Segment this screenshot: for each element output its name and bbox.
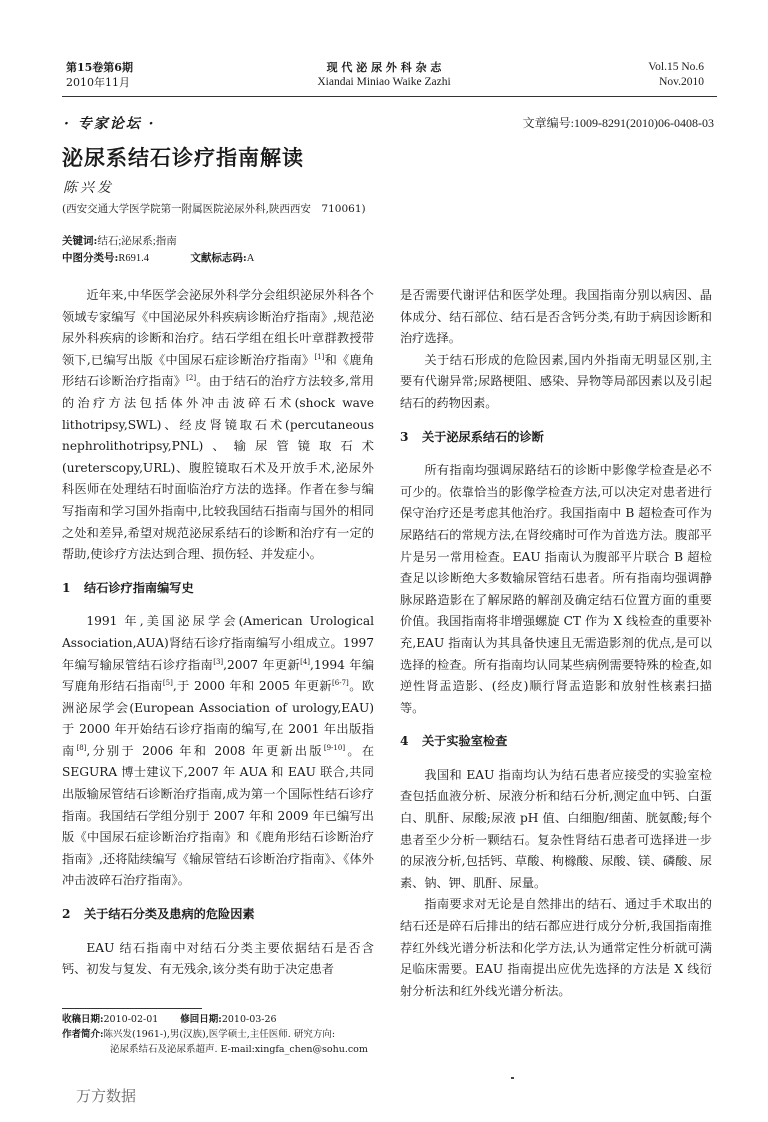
- keywords: 关键词:结石;泌尿系;指南: [62, 233, 177, 250]
- watermark: 万方数据: [76, 1085, 136, 1106]
- doc-code-value: A: [247, 253, 255, 264]
- section-3-paragraph: 所有指南均强调尿路结石的诊断中影像学检查是必不可少的。依靠恰当的影像学检查方法,…: [400, 460, 712, 719]
- section-2-paragraph-1: EAU 结石指南中对结石分类主要依据结石是否含钙、初发与复发、有无残余,该分类有…: [62, 938, 374, 981]
- header-rule: [62, 96, 717, 97]
- right-column: 是否需要代谢评估和医学处理。我国指南分别以病因、晶体成分、结石部位、结石是否含钙…: [400, 285, 712, 1002]
- article-title: 泌尿系结石诊疗指南解读: [62, 142, 304, 172]
- keywords-value: 结石;泌尿系;指南: [97, 236, 176, 247]
- author-affiliation: (西安交通大学医学院第一附属医院泌尿外科,陕西西安 710061): [62, 201, 366, 216]
- section-1-paragraph: 1991 年,美国泌尿学会(American Urological Associ…: [62, 611, 374, 892]
- section-2-heading: 2关于结石分类及患病的危险因素: [62, 904, 374, 926]
- author-name: 陈兴发: [63, 177, 114, 197]
- section-2-paragraph-2: 关于结石形成的危险因素,国内外指南无明显区别,主要有代谢异常;尿路梗阻、感染、异…: [400, 350, 712, 415]
- footnote-dates: 收稿日期:2010-02-01修回日期:2010-03-26: [62, 1012, 382, 1027]
- clc-value: R691.4: [118, 253, 149, 264]
- intro-paragraph: 近年来,中华医学会泌尿外科学分会组织泌尿外科各个领域专家编写《中国泌尿外科疾病诊…: [62, 285, 374, 566]
- section-4-paragraph-2: 指南要求对无论是自然排出的结石、通过手术取出的结石还是碎石后排出的结石都应进行成…: [400, 894, 712, 1002]
- clc-label: 中图分类号:: [62, 252, 118, 264]
- issue-date-en: Nov.2010: [659, 75, 704, 90]
- section-2-paragraph-1-cont: 是否需要代谢评估和医学处理。我国指南分别以病因、晶体成分、结石部位、结石是否含钙…: [400, 285, 712, 350]
- doc-code-label: 文献标志码:: [190, 252, 246, 264]
- classification: 中图分类号:R691.4 文献标志码:A: [62, 250, 254, 267]
- footnote-bio: 作者简介:陈兴发(1961-),男(汉族),医学硕士,主任医师. 研究方向:: [62, 1027, 382, 1042]
- section-4-heading: 4关于实验室检查: [400, 731, 712, 753]
- article-number: 文章编号:1009-8291(2010)06-0408-03: [523, 114, 714, 131]
- footnote: 收稿日期:2010-02-01修回日期:2010-03-26 作者简介:陈兴发(…: [62, 1012, 382, 1057]
- journal-title-en: Xiandai Miniao Waike Zazhi: [0, 75, 768, 90]
- footnote-rule: [62, 1008, 202, 1009]
- volume-en: Vol.15 No.6: [648, 60, 704, 75]
- section-tag: · 专家论坛 ·: [64, 113, 156, 133]
- section-4-paragraph-1: 我国和 EAU 指南均认为结石患者应接受的实验室检查包括血液分析、尿液分析和结石…: [400, 765, 712, 895]
- section-1-heading: 1结石诊疗指南编写史: [62, 578, 374, 600]
- scan-artifact: [511, 1077, 514, 1079]
- footnote-bio-cont: 泌尿系结石及泌尿系超声. E-mail:xingfa_chen@sohu.com: [62, 1042, 382, 1057]
- left-column: 近年来,中华医学会泌尿外科学分会组织泌尿外科各个领域专家编写《中国泌尿外科疾病诊…: [62, 285, 374, 981]
- keywords-label: 关键词:: [62, 235, 97, 247]
- section-3-heading: 3关于泌尿系结石的诊断: [400, 427, 712, 449]
